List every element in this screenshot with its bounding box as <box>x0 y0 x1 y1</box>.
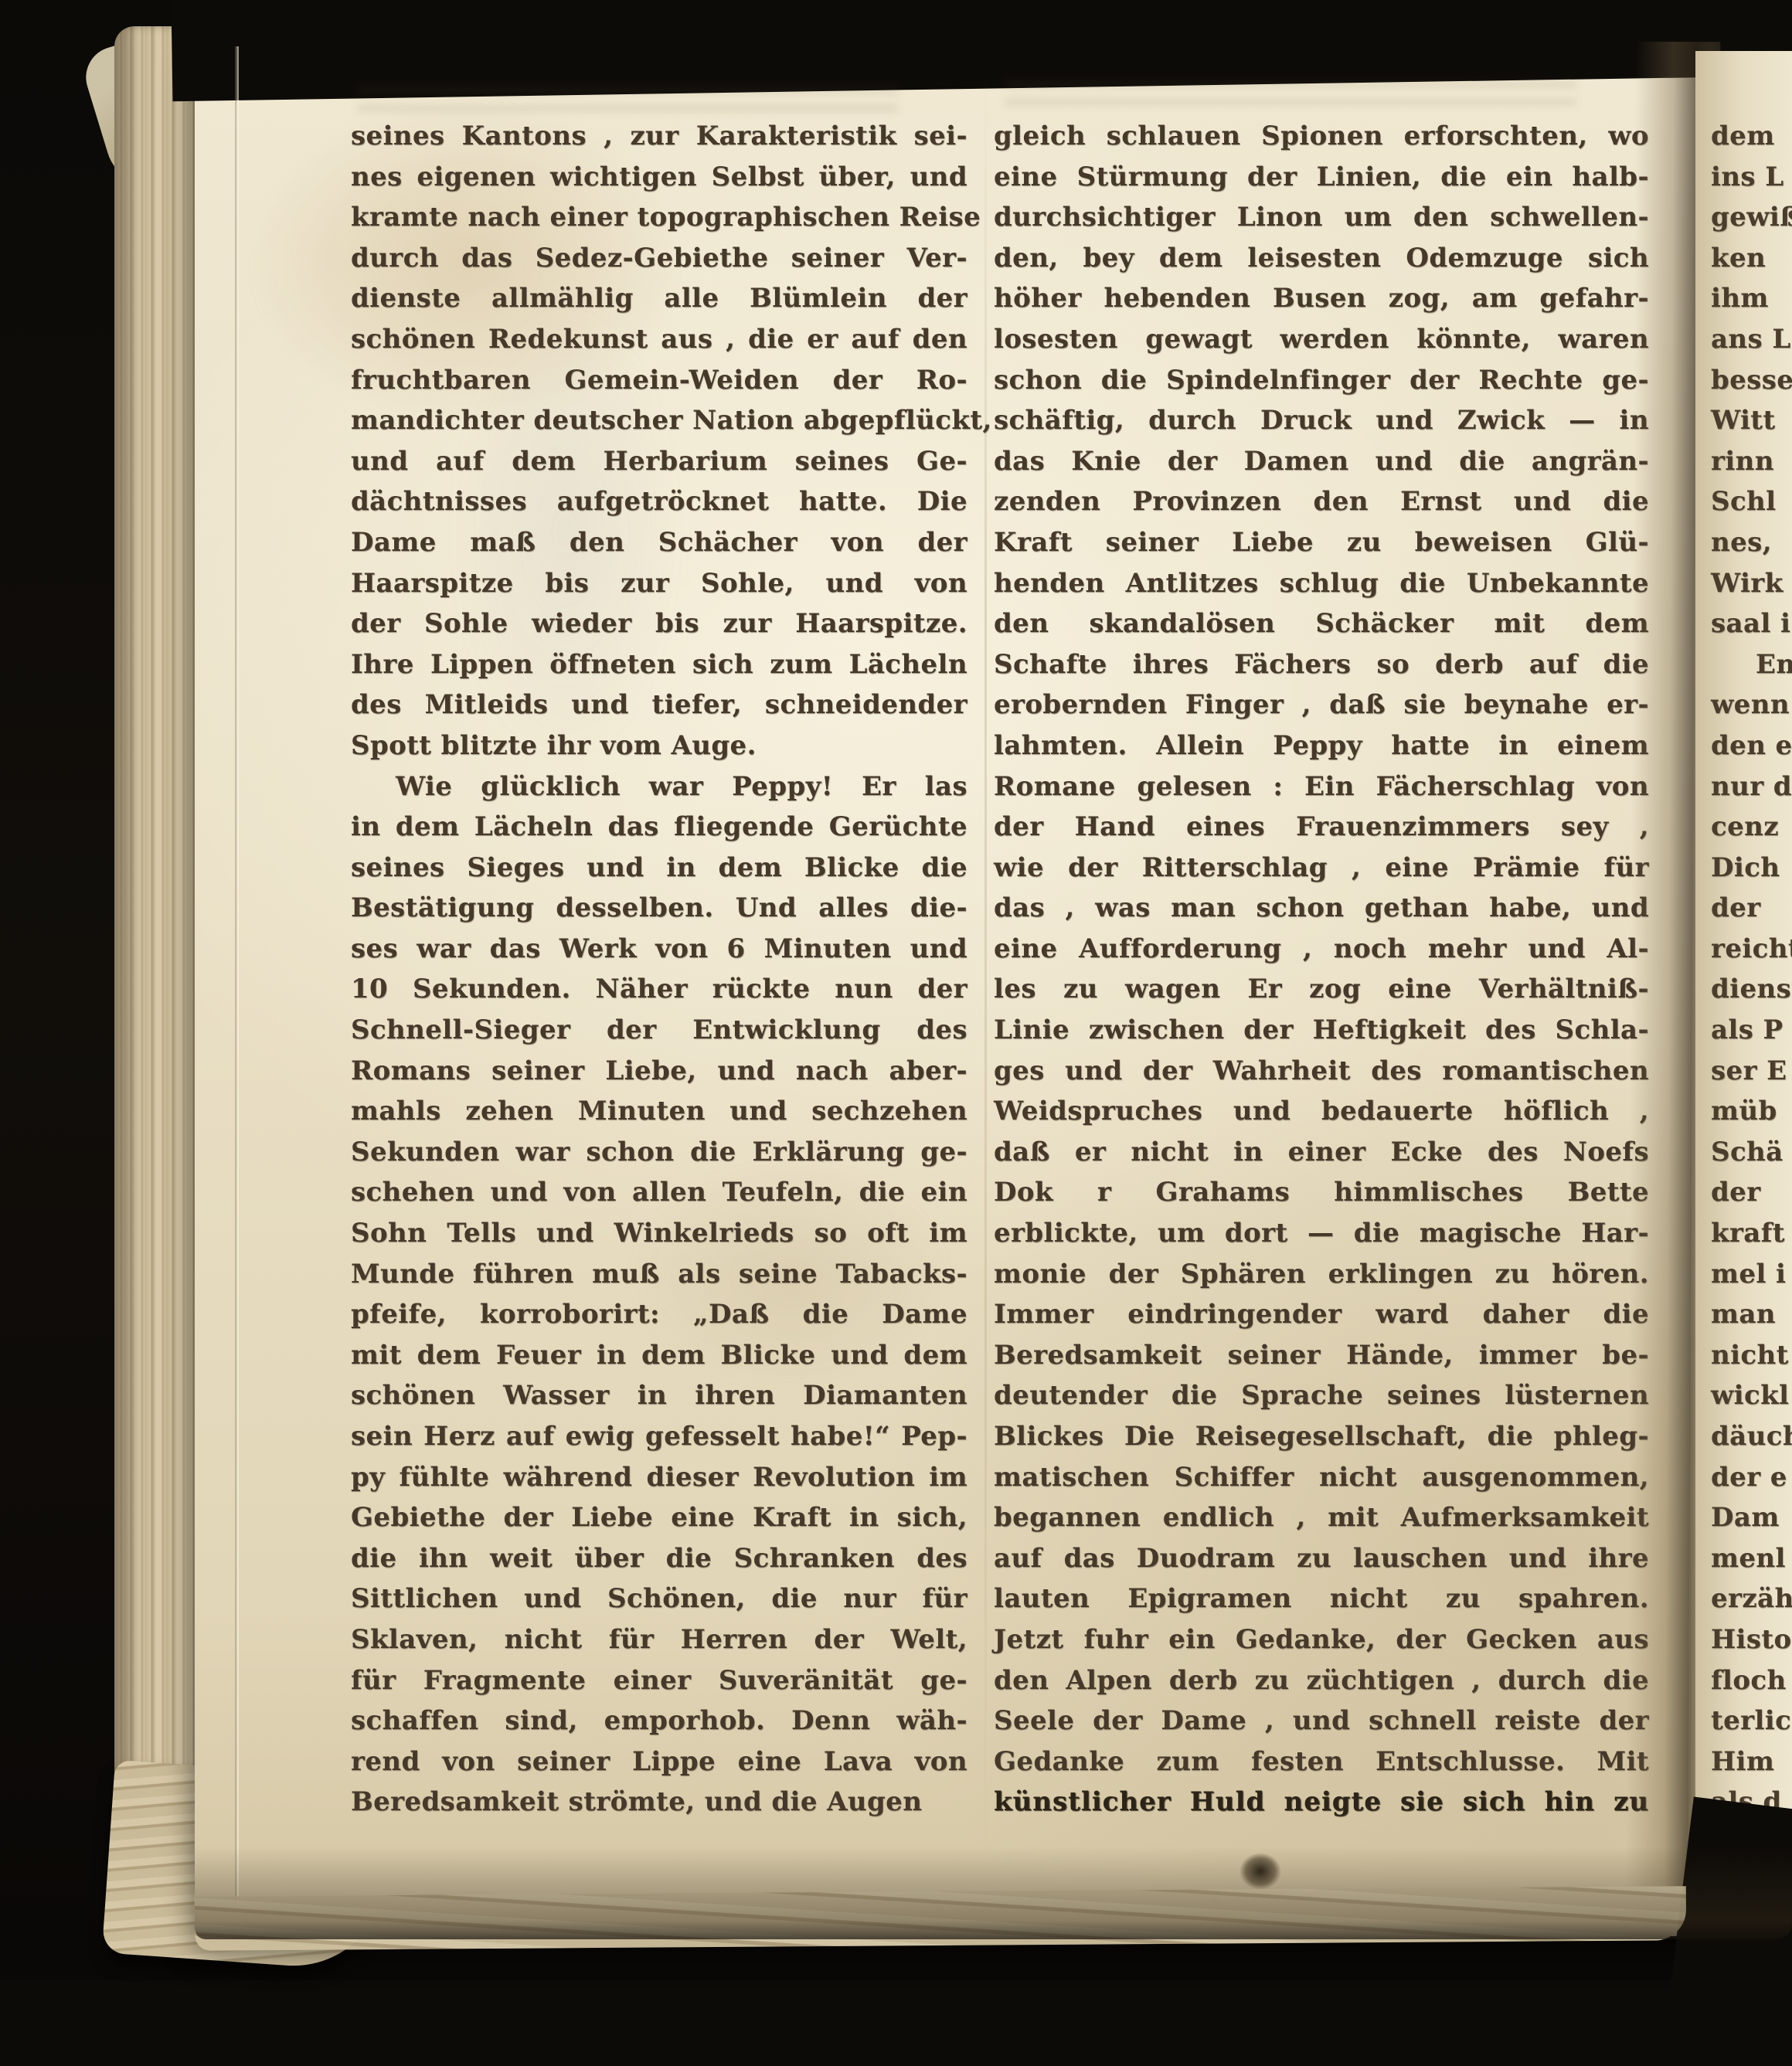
show-through-smudge <box>1005 80 1576 116</box>
text-line: ins L <box>1711 157 1792 198</box>
text-line: des Mitleids und tiefer, schneidender <box>351 685 967 725</box>
text-line: Schl <box>1711 481 1792 522</box>
text-line: mandichter deutscher Nation abgepflückt, <box>351 400 967 441</box>
text-line: floch <box>1711 1660 1792 1701</box>
text-line: Ihre Lippen öffneten sich zum Lächeln <box>351 644 967 685</box>
text-line: Sohn Tells und Winkelrieds so oft im <box>351 1213 967 1254</box>
text-line: ken <box>1711 238 1792 279</box>
book-scan: seines Kantons , zur Karakteristik sei-n… <box>0 0 1792 1980</box>
text-line: Gebiethe der Liebe eine Kraft in sich, <box>351 1497 967 1538</box>
text-line: Sittlichen und Schönen, die nur für <box>351 1578 967 1619</box>
text-line: py fühlte während dieser Revolution im <box>351 1457 967 1498</box>
text-line: müb <box>1711 1091 1792 1132</box>
text-line: erzäh <box>1711 1578 1792 1619</box>
text-line: losesten gewagt werden könnte, waren <box>994 319 1649 360</box>
text-line: das Knie der Damen und die angrän- <box>994 441 1649 482</box>
text-line: Bestätigung desselben. Und alles die- <box>351 888 967 929</box>
text-line: Witt <box>1711 400 1792 441</box>
text-line: Dok r Grahams himmlisches Bette <box>994 1172 1649 1213</box>
text-line: der Hand eines Frauenzimmers sey , <box>994 807 1649 848</box>
text-line: Immer eindringender ward daher die <box>994 1294 1649 1335</box>
text-line: dienste allmählig alle Blümlein der <box>351 278 967 319</box>
text-line: rinn <box>1711 441 1792 482</box>
text-line: ihm <box>1711 278 1792 319</box>
text-line: Weidspruches und bedauerte höflich , <box>994 1091 1649 1132</box>
text-line: däuch <box>1711 1416 1792 1457</box>
text-line: Linie zwischen der Heftigkeit des Schla- <box>994 1010 1649 1051</box>
text-line: En <box>1711 644 1792 685</box>
text-line: nicht <box>1711 1335 1792 1376</box>
text-line: Wie glücklich war Peppy! Er las <box>351 766 967 807</box>
text-line: seines Sieges und in dem Blicke die <box>351 848 967 889</box>
text-line: nur d <box>1711 766 1792 807</box>
text-line: reicht <box>1711 929 1792 970</box>
text-line: pfeife, korroborirt: „Daß die Dame <box>351 1294 967 1335</box>
text-line: Munde führen muß als seine Tabacks- <box>351 1254 967 1295</box>
text-line: mel i <box>1711 1254 1792 1295</box>
text-line: schäftig, durch Druck und Zwick — in <box>994 400 1649 441</box>
text-line: dienst <box>1711 969 1792 1010</box>
text-line: die ihn weit über die Schranken des <box>351 1538 967 1579</box>
text-line: Dam <box>1711 1497 1792 1538</box>
text-line: Blickes Die Reisegesellschaft, die phleg… <box>994 1416 1649 1457</box>
text-line: erobernden Finger , daß sie beynahe er- <box>994 685 1649 725</box>
text-line: schönen Redekunst aus , die er auf den <box>351 319 967 360</box>
text-line: wie der Ritterschlag , eine Prämie für <box>994 848 1649 889</box>
text-line: Schä <box>1711 1132 1792 1173</box>
text-line: auf das Duodram zu lauschen und ihre <box>994 1538 1649 1579</box>
text-line: Sekunden war schon die Erklärung ge- <box>351 1132 967 1173</box>
text-line: schaffen sind, emporhob. Denn wäh- <box>351 1701 967 1741</box>
text-line: dem <box>1711 116 1792 157</box>
text-line: rend von seiner Lippe eine Lava von <box>351 1741 967 1782</box>
text-line: les zu wagen Er zog eine Verhältniß- <box>994 969 1649 1010</box>
text-line: Beredsamkeit strömte, und die Augen <box>351 1782 967 1823</box>
left-text-column: seines Kantons , zur Karakteristik sei-n… <box>351 116 967 1823</box>
text-line: Spott blitzte ihr vom Auge. <box>351 725 967 766</box>
text-line: Romane gelesen : Ein Fächerschlag von <box>994 766 1649 807</box>
text-line: wickl <box>1711 1375 1792 1416</box>
text-line: man <box>1711 1294 1792 1335</box>
text-line: besser <box>1711 360 1792 401</box>
text-line: nes, <box>1711 522 1792 563</box>
text-line: gleich schlauen Spionen erforschten, wo <box>994 116 1649 157</box>
book-page: seines Kantons , zur Karakteristik sei-n… <box>195 46 1792 1936</box>
text-line: erblickte, um dort — die magische Har- <box>994 1213 1649 1254</box>
text-line: cenz <box>1711 807 1792 848</box>
text-line: Kraft seiner Liebe zu beweisen Glü- <box>994 522 1649 563</box>
text-line: der Sohle wieder bis zur Haarspitze. <box>351 603 967 644</box>
text-line: schon die Spindelnfinger der Rechte ge- <box>994 360 1649 401</box>
text-line: der e <box>1711 1457 1792 1498</box>
text-line: lahmten. Allein Peppy hatte in einem <box>994 725 1649 766</box>
text-line: sein Herz auf ewig gefesselt habe!“ Pep- <box>351 1416 967 1457</box>
text-line: durch das Sedez-Gebiethe seiner Ver- <box>351 238 967 279</box>
text-line: 10 Sekunden. Näher rückte nun der <box>351 969 967 1010</box>
text-line: mahls zehen Minuten und sechzehen <box>351 1091 967 1132</box>
text-line: menl <box>1711 1538 1792 1579</box>
text-line: Sklaven, nicht für Herren der Welt, <box>351 1619 967 1660</box>
right-text-column: gleich schlauen Spionen erforschten, woe… <box>994 116 1649 1823</box>
bottom-shadow <box>195 1847 1792 1939</box>
text-line: Jetzt fuhr ein Gedanke, der Gecken aus <box>994 1619 1649 1660</box>
text-line: kramte nach einer topographischen Reise <box>351 197 967 238</box>
text-line: terlic <box>1711 1701 1792 1741</box>
fold-crease <box>235 46 239 1936</box>
text-line: gewiß <box>1711 197 1792 238</box>
text-line: eine Aufforderung , noch mehr und Al- <box>994 929 1649 970</box>
column-crease <box>984 77 987 1873</box>
text-line: durchsichtiger Linon um den schwellen- <box>994 197 1649 238</box>
text-line: daß er nicht in einer Ecke des Noefs <box>994 1132 1649 1173</box>
text-line: ses war das Werk von 6 Minuten und <box>351 929 967 970</box>
text-line: begannen endlich , mit Aufmerksamkeit <box>994 1497 1649 1538</box>
text-line: Seele der Dame , und schnell reiste der <box>994 1701 1649 1741</box>
text-line: schehen und von allen Teufeln, die ein <box>351 1172 967 1213</box>
text-line: lauten Epigramen nicht zu spahren. <box>994 1578 1649 1619</box>
text-line: nes eigenen wichtigen Selbst über, und <box>351 157 967 198</box>
text-line: den, bey dem leisesten Odemzuge sich <box>994 238 1649 279</box>
text-line: Dich <box>1711 848 1792 889</box>
text-line: höher hebenden Busen zog, am gefahr- <box>994 278 1649 319</box>
text-line: henden Antlitzes schlug die Unbekannte <box>994 563 1649 604</box>
text-line: Haarspitze bis zur Sohle, und von <box>351 563 967 604</box>
text-line: der <box>1711 1172 1792 1213</box>
text-line: den e <box>1711 725 1792 766</box>
text-line: eine Stürmung der Linien, die ein halb- <box>994 157 1649 198</box>
text-line: für Fragmente einer Suveränität ge- <box>351 1660 967 1701</box>
text-line: schönen Wasser in ihren Diamanten <box>351 1375 967 1416</box>
text-line: deutender die Sprache seines lüsternen <box>994 1375 1649 1416</box>
text-line: als P <box>1711 1010 1792 1051</box>
text-line: dächtnisses aufgetröcknet hatte. Die <box>351 481 967 522</box>
text-line: Him <box>1711 1741 1792 1782</box>
text-line: mit dem Feuer in dem Blicke und dem <box>351 1335 967 1376</box>
text-line: kraft <box>1711 1213 1792 1254</box>
text-line: den skandalösen Schäcker mit dem <box>994 603 1649 644</box>
text-line: Wirk <box>1711 563 1792 604</box>
text-line: fruchtbaren Gemein-Weiden der Ro- <box>351 360 967 401</box>
text-line: wenn <box>1711 685 1792 725</box>
text-line: den Alpen derb zu züchtigen , durch die <box>994 1660 1649 1701</box>
text-line: ser E <box>1711 1051 1792 1092</box>
next-page-text-column: demins Lgewißkenihmans LbesserWittrinnSc… <box>1711 116 1792 1823</box>
text-line: künstlicher Huld neigte sie sich hin zu <box>994 1782 1649 1823</box>
text-line: matischen Schiffer nicht ausgenommen, <box>994 1457 1649 1498</box>
text-line: zenden Provinzen den Ernst und die <box>994 481 1649 522</box>
text-line: seines Kantons , zur Karakteristik sei- <box>351 116 967 157</box>
text-line: Romans seiner Liebe, und nach aber- <box>351 1051 967 1092</box>
text-line: und auf dem Herbarium seines Ge- <box>351 441 967 482</box>
text-line: in dem Lächeln das fliegende Gerüchte <box>351 807 967 848</box>
text-line: Histo <box>1711 1619 1792 1660</box>
text-line: das , was man schon gethan habe, und <box>994 888 1649 929</box>
text-line: Dame maß den Schächer von der <box>351 522 967 563</box>
text-line: ges und der Wahrheit des romantischen <box>994 1051 1649 1092</box>
text-line: Schnell-Sieger der Entwicklung des <box>351 1010 967 1051</box>
text-line: Beredsamkeit seiner Hände, immer be- <box>994 1335 1649 1376</box>
text-line: der <box>1711 888 1792 929</box>
text-line: monie der Sphären erklingen zu hören. <box>994 1254 1649 1295</box>
text-line: saal i <box>1711 603 1792 644</box>
text-line: Schafte ihres Fächers so derb auf die <box>994 644 1649 685</box>
text-line: Gedanke zum festen Entschlusse. Mit <box>994 1741 1649 1782</box>
text-line: ans L <box>1711 319 1792 360</box>
